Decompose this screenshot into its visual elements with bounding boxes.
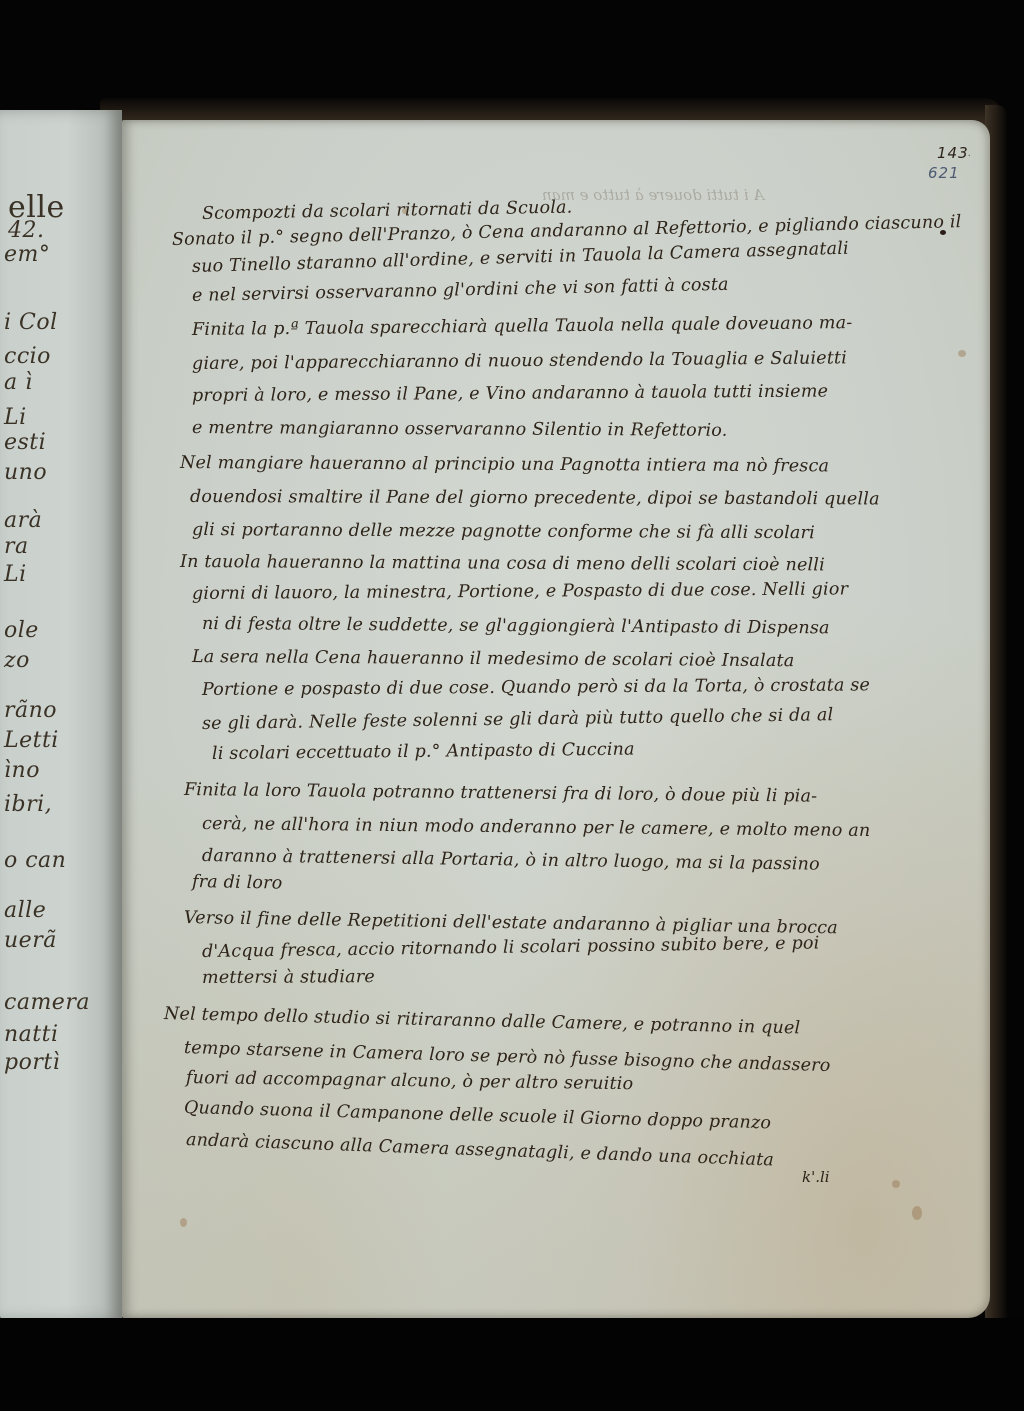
manuscript-line: giare, poi l'apparecchiaranno di nuouo s…	[192, 348, 847, 374]
left-page-fragment: arà	[4, 508, 42, 533]
manuscript-line: douendosi smaltire il Pane del giorno pr…	[190, 487, 880, 509]
manuscript-line: Nel tempo dello studio si ritiraranno da…	[164, 1004, 801, 1038]
manuscript-line: In tauola haueranno la mattina una cosa …	[180, 552, 825, 575]
manuscript-line: La sera nella Cena haueranno il medesimo…	[192, 647, 795, 671]
manuscript-line: se gli darà. Nelle feste solenni se gli …	[202, 705, 834, 734]
manuscript-line: fuori ad accompagnar alcuno, ò per altro…	[186, 1068, 634, 1094]
bleed-through-line: A i tutti douere à tutto e man	[542, 186, 764, 204]
foxing-spot	[912, 1206, 922, 1220]
previous-page-sliver: elle42.em°i Colccioa ìLiestiunoaràraLiol…	[0, 110, 122, 1320]
manuscript-page: 143 . 621 A i tutti douere à tutto e man…	[122, 120, 990, 1318]
left-page-fragment: alle	[4, 898, 46, 923]
left-page-fragment: em°	[4, 242, 50, 267]
manuscript-line: li scolari eccettuato il p.° Antipasto d…	[212, 740, 635, 764]
manuscript-line: Portione e pospasto di due cose. Quando …	[202, 675, 870, 700]
manuscript-line: fra di loro	[192, 872, 283, 894]
manuscript-line: d'Acqua fresca, accio ritornando li scol…	[202, 933, 820, 962]
manuscript-line: daranno à trattenersi alla Portaria, ò i…	[202, 846, 820, 875]
manuscript-photo: elle42.em°i Colccioa ìLiestiunoaràraLiol…	[0, 0, 1024, 1411]
left-page-fragment: a ì	[4, 370, 33, 395]
left-page-fragment: zo	[4, 648, 30, 673]
folio-number-pencil: 621	[928, 164, 960, 182]
manuscript-line: gli si portaranno delle mezze pagnotte c…	[192, 520, 815, 543]
manuscript-line: e mentre mangiaranno osservaranno Silent…	[192, 418, 728, 441]
folio-number-ink: 143	[937, 144, 969, 162]
left-page-fragment: o can	[4, 848, 66, 873]
left-page-fragment: Letti	[4, 728, 59, 753]
manuscript-line: e nel servirsi osservaranno gl'ordini ch…	[192, 275, 729, 306]
foxing-spot	[958, 350, 966, 357]
manuscript-line: giorni di lauoro, la minestra, Portione,…	[192, 579, 848, 604]
manuscript-line: cerà, ne all'hora in niun modo anderanno…	[202, 814, 871, 841]
left-page-fragment: uno	[4, 460, 47, 485]
background-shadow	[0, 1318, 1024, 1411]
left-page-fragment: ole	[4, 618, 39, 643]
left-page-fragment: 42.	[8, 218, 45, 243]
manuscript-line: andarà ciascuno alla Camera assegnatagli…	[186, 1130, 775, 1171]
left-page-fragment: uerã	[4, 928, 57, 953]
left-page-fragment: rãno	[4, 698, 57, 723]
left-page-fragment: i Col	[4, 310, 58, 335]
left-page-fragment: esti	[4, 430, 46, 455]
left-page-fragment: ra	[4, 534, 29, 559]
left-page-fragment: natti	[4, 1022, 59, 1047]
left-page-fragment: portì	[4, 1050, 60, 1075]
left-page-fragment: Li	[4, 405, 27, 430]
manuscript-line: Nel mangiare haueranno al principio una …	[180, 453, 829, 476]
manuscript-line: Finita la p.ª Tauola sparecchiarà quella…	[192, 313, 853, 340]
catchword: k'.li	[802, 1168, 830, 1186]
left-page-fragment: ìno	[4, 758, 40, 783]
manuscript-line: ni di festa oltre le suddette, se gl'agg…	[202, 614, 830, 638]
manuscript-line: Scompozti da scolari ritornati da Scuola…	[202, 198, 573, 224]
left-page-fragment: camera	[4, 990, 90, 1015]
left-page-fragment: Li	[4, 562, 27, 587]
manuscript-line: Quando suona il Campanone delle scuole i…	[184, 1098, 772, 1133]
foxing-spot	[892, 1180, 900, 1188]
foxing-spot	[180, 1218, 187, 1227]
left-page-fragment: ccio	[4, 344, 51, 369]
manuscript-line: mettersi à studiare	[202, 967, 375, 988]
folio-mark: .	[968, 148, 972, 159]
manuscript-line: propri à loro, e messo il Pane, e Vino a…	[192, 382, 828, 406]
left-page-fragment: ibri,	[4, 792, 52, 817]
manuscript-line: Finita la loro Tauola potranno trattener…	[184, 780, 817, 807]
